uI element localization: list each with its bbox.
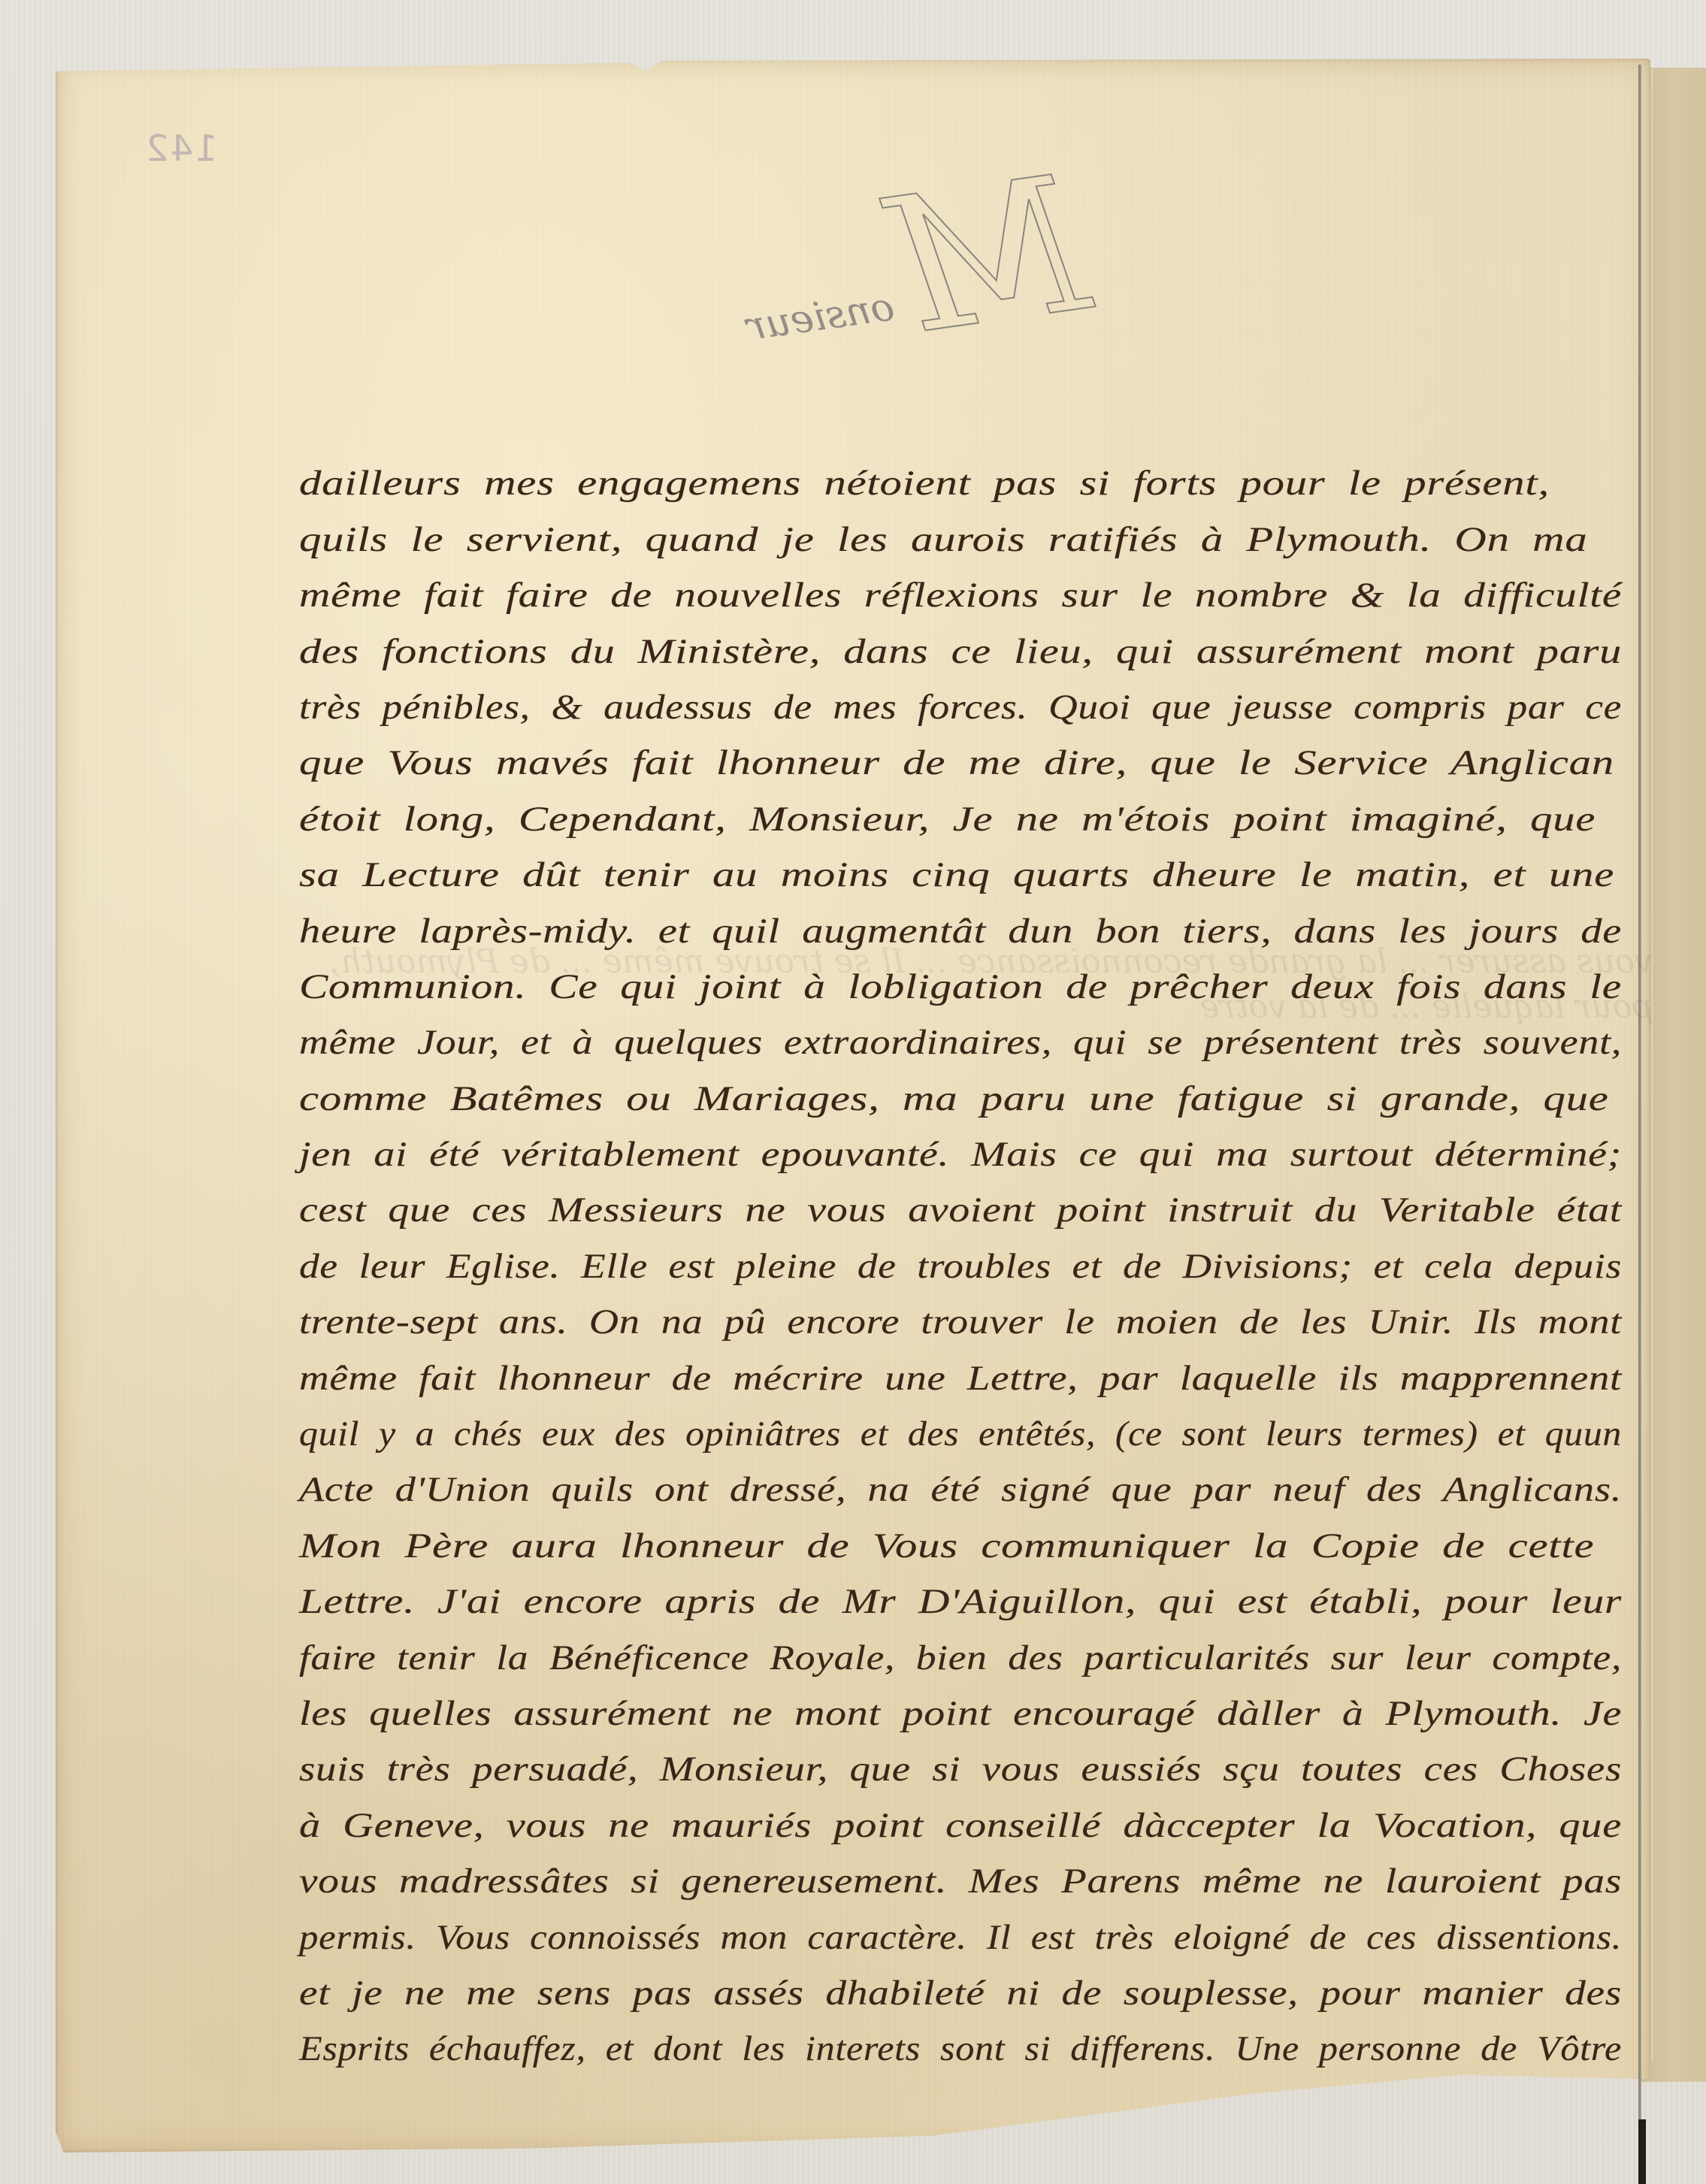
line-text: même Jour, et à quelques extraordinaires… <box>299 1022 1622 1063</box>
line-text: même fait lhonneur de mécrire une Lettre… <box>299 1358 1622 1399</box>
line-text: Mon Père aura lhonneur de Vous communiqu… <box>299 1526 1594 1566</box>
line-text: comme Batêmes ou Mariages, ma paru une f… <box>299 1078 1609 1119</box>
text-line: de leur Eglise. Elle est pleine de troub… <box>299 1230 1637 1286</box>
line-text: sa Lecture dût tenir au moins cinq quart… <box>299 855 1614 895</box>
line-text: suis très persuadé, Monsieur, que si vou… <box>299 1749 1622 1789</box>
line-text: de leur Eglise. Elle est pleine de troub… <box>299 1246 1622 1287</box>
line-text: les quelles assurément ne mont point enc… <box>299 1693 1622 1734</box>
line-text: Acte d'Union quils ont dressé, na été si… <box>299 1469 1622 1510</box>
line-text: que Vous mavés fait lhonneur de me dire,… <box>299 743 1614 783</box>
folio-number: 142 <box>144 128 218 170</box>
text-line: Communion. Ce qui joint à lobligation de… <box>299 951 1637 1007</box>
line-text: étoit long, Cependant, Monsieur, Je ne m… <box>299 799 1596 839</box>
text-line: même fait faire de nouvelles réflexions … <box>299 560 1637 616</box>
adjacent-page-edge <box>1641 68 1706 2082</box>
text-line: sa Lecture dût tenir au moins cinq quart… <box>299 839 1637 895</box>
binding-gutter <box>1638 65 1641 2184</box>
line-text: permis. Vous connoissés mon caractère. I… <box>299 1917 1622 1958</box>
text-line: et je ne me sens pas assés dhabileté ni … <box>299 1958 1637 2013</box>
line-text: dailleurs mes engagemens nétoient pas si… <box>299 463 1550 504</box>
text-line: étoit long, Cependant, Monsieur, Je ne m… <box>299 783 1637 839</box>
line-text: vous madressâtes si genereusement. Mes P… <box>299 1861 1622 1901</box>
binding-clip <box>1638 2119 1646 2184</box>
salutation-initial: M <box>878 134 1099 377</box>
text-line: quils le servient, quand je les aurois r… <box>299 504 1637 559</box>
line-text: cest que ces Messieurs ne vous avoient p… <box>299 1190 1622 1230</box>
text-line: heure laprès-midy. et quil augmentât dun… <box>299 895 1637 951</box>
text-line: Lettre. J'ai encore apris de Mr D'Aiguil… <box>299 1566 1637 1622</box>
text-line: que Vous mavés fait lhonneur de me dire,… <box>299 727 1637 783</box>
line-text: trente-sept ans. On na pû encore trouver… <box>299 1302 1622 1342</box>
line-text: Lettre. J'ai encore apris de Mr D'Aiguil… <box>299 1581 1622 1622</box>
line-text: et je ne me sens pas assés dhabileté ni … <box>299 1973 1622 2013</box>
text-line: faire tenir la Bénéficence Royale, bien … <box>299 1622 1637 1677</box>
text-line: Esprits échauffez, et dont les interets … <box>299 2013 1637 2069</box>
letter-body: dailleurs mes engagemens nétoient pas si… <box>299 448 1637 2069</box>
text-line: comme Batêmes ou Mariages, ma paru une f… <box>299 1063 1637 1118</box>
text-line: des fonctions du Ministère, dans ce lieu… <box>299 616 1637 671</box>
line-text: faire tenir la Bénéficence Royale, bien … <box>299 1638 1622 1678</box>
text-line: très pénibles, & audessus de mes forces.… <box>299 672 1637 727</box>
text-line: quil y a chés eux des opiniâtres et des … <box>299 1399 1637 1454</box>
line-text: heure laprès-midy. et quil augmentât dun… <box>299 911 1622 951</box>
text-line: jen ai été véritablement epouvanté. Mais… <box>299 1119 1637 1175</box>
adjacent-page-seam <box>1652 69 1653 2061</box>
salutation-rest: onsieur <box>744 284 897 349</box>
text-line: vous madressâtes si genereusement. Mes P… <box>299 1846 1637 1901</box>
line-text: quils le servient, quand je les aurois r… <box>299 519 1587 560</box>
line-text: quil y a chés eux des opiniâtres et des … <box>299 1414 1622 1454</box>
text-line: dailleurs mes engagemens nétoient pas si… <box>299 448 1637 504</box>
text-line: cest que ces Messieurs ne vous avoient p… <box>299 1175 1637 1230</box>
text-line: les quelles assurément ne mont point enc… <box>299 1678 1637 1734</box>
line-text: Esprits échauffez, et dont les interets … <box>299 2028 1622 2069</box>
line-text: à Geneve, vous ne mauriés point conseill… <box>299 1805 1622 1846</box>
text-line: permis. Vous connoissés mon caractère. I… <box>299 1901 1637 1957</box>
text-line: suis très persuadé, Monsieur, que si vou… <box>299 1734 1637 1789</box>
line-text: jen ai été véritablement epouvanté. Mais… <box>299 1134 1622 1175</box>
text-line: Mon Père aura lhonneur de Vous communiqu… <box>299 1510 1637 1565</box>
line-text: même fait faire de nouvelles réflexions … <box>299 575 1622 616</box>
text-line: à Geneve, vous ne mauriés point conseill… <box>299 1789 1637 1845</box>
text-line: même fait lhonneur de mécrire une Lettre… <box>299 1342 1637 1398</box>
text-line: Acte d'Union quils ont dressé, na été si… <box>299 1454 1637 1510</box>
line-text: des fonctions du Ministère, dans ce lieu… <box>299 631 1622 672</box>
text-line: trente-sept ans. On na pû encore trouver… <box>299 1287 1637 1342</box>
line-text: très pénibles, & audessus de mes forces.… <box>299 687 1622 727</box>
text-line: même Jour, et à quelques extraordinaires… <box>299 1007 1637 1063</box>
line-text: Communion. Ce qui joint à lobligation de… <box>299 966 1622 1007</box>
